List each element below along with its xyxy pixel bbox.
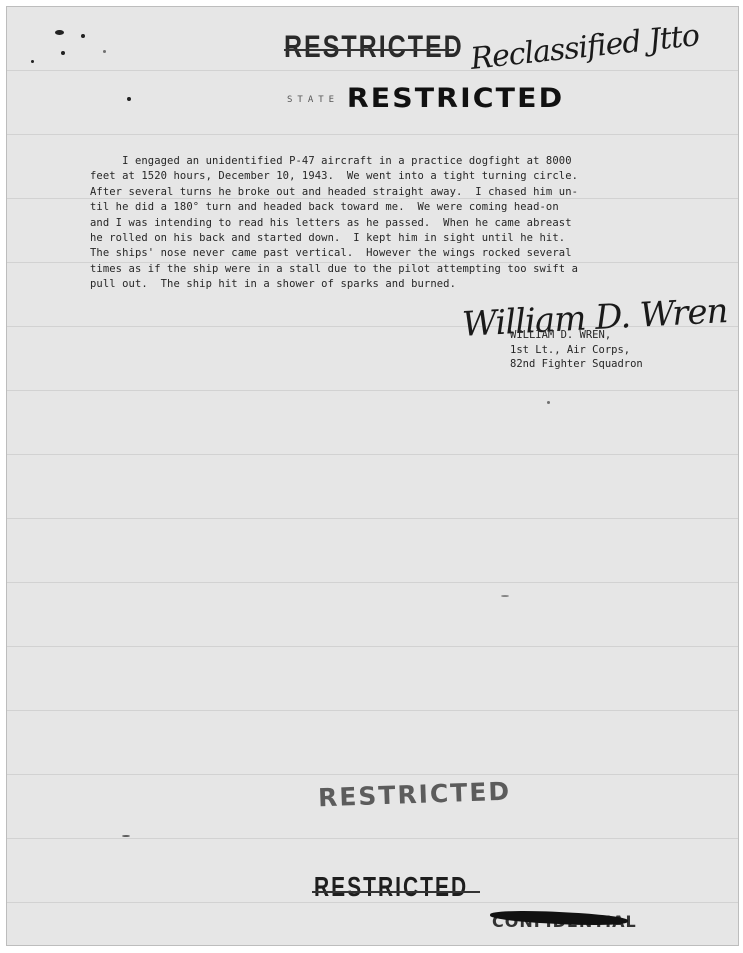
state-label: STATE [287,95,339,105]
body-line: and I was intending to read his letters … [90,216,680,231]
restricted-stamp-struck-bottom: RESTRICTED [314,872,468,903]
body-line: feet at 1520 hours, December 10, 1943. W… [90,169,680,184]
body-line: I engaged an unidentified P-47 aircraft … [90,154,680,169]
ink-speck [61,51,65,55]
body-line: he rolled on his back and started down. … [90,231,680,246]
ink-speck [103,50,106,53]
signer-unit: 82nd Fighter Squadron [510,357,643,372]
signature-block: WILLIAM D. WREN,1st Lt., Air Corps,82nd … [510,328,643,372]
ink-speck [31,60,34,63]
body-line: pull out. The ship hit in a shower of sp… [90,277,680,292]
ink-speck [81,34,85,38]
ink-speck [547,401,550,404]
strike-through-line [284,49,454,51]
ink-speck [55,30,64,35]
ink-speck [122,835,130,837]
strike-through-line [312,891,480,893]
body-line: After several turns he broke out and hea… [90,185,680,200]
body-line: The ships' nose never came past vertical… [90,246,680,261]
report-body: I engaged an unidentified P-47 aircraft … [90,154,680,293]
restricted-stamp-main: RESTRICTED [347,83,564,114]
ink-speck [501,595,509,597]
signer-rank: 1st Lt., Air Corps, [510,343,643,358]
ink-speck [127,97,131,101]
signer-name: WILLIAM D. WREN, [510,328,643,343]
restricted-stamp-struck-top: RESTRICTED [284,29,464,65]
body-line: til he did a 180° turn and headed back t… [90,200,680,215]
body-line: times as if the ship were in a stall due… [90,262,680,277]
